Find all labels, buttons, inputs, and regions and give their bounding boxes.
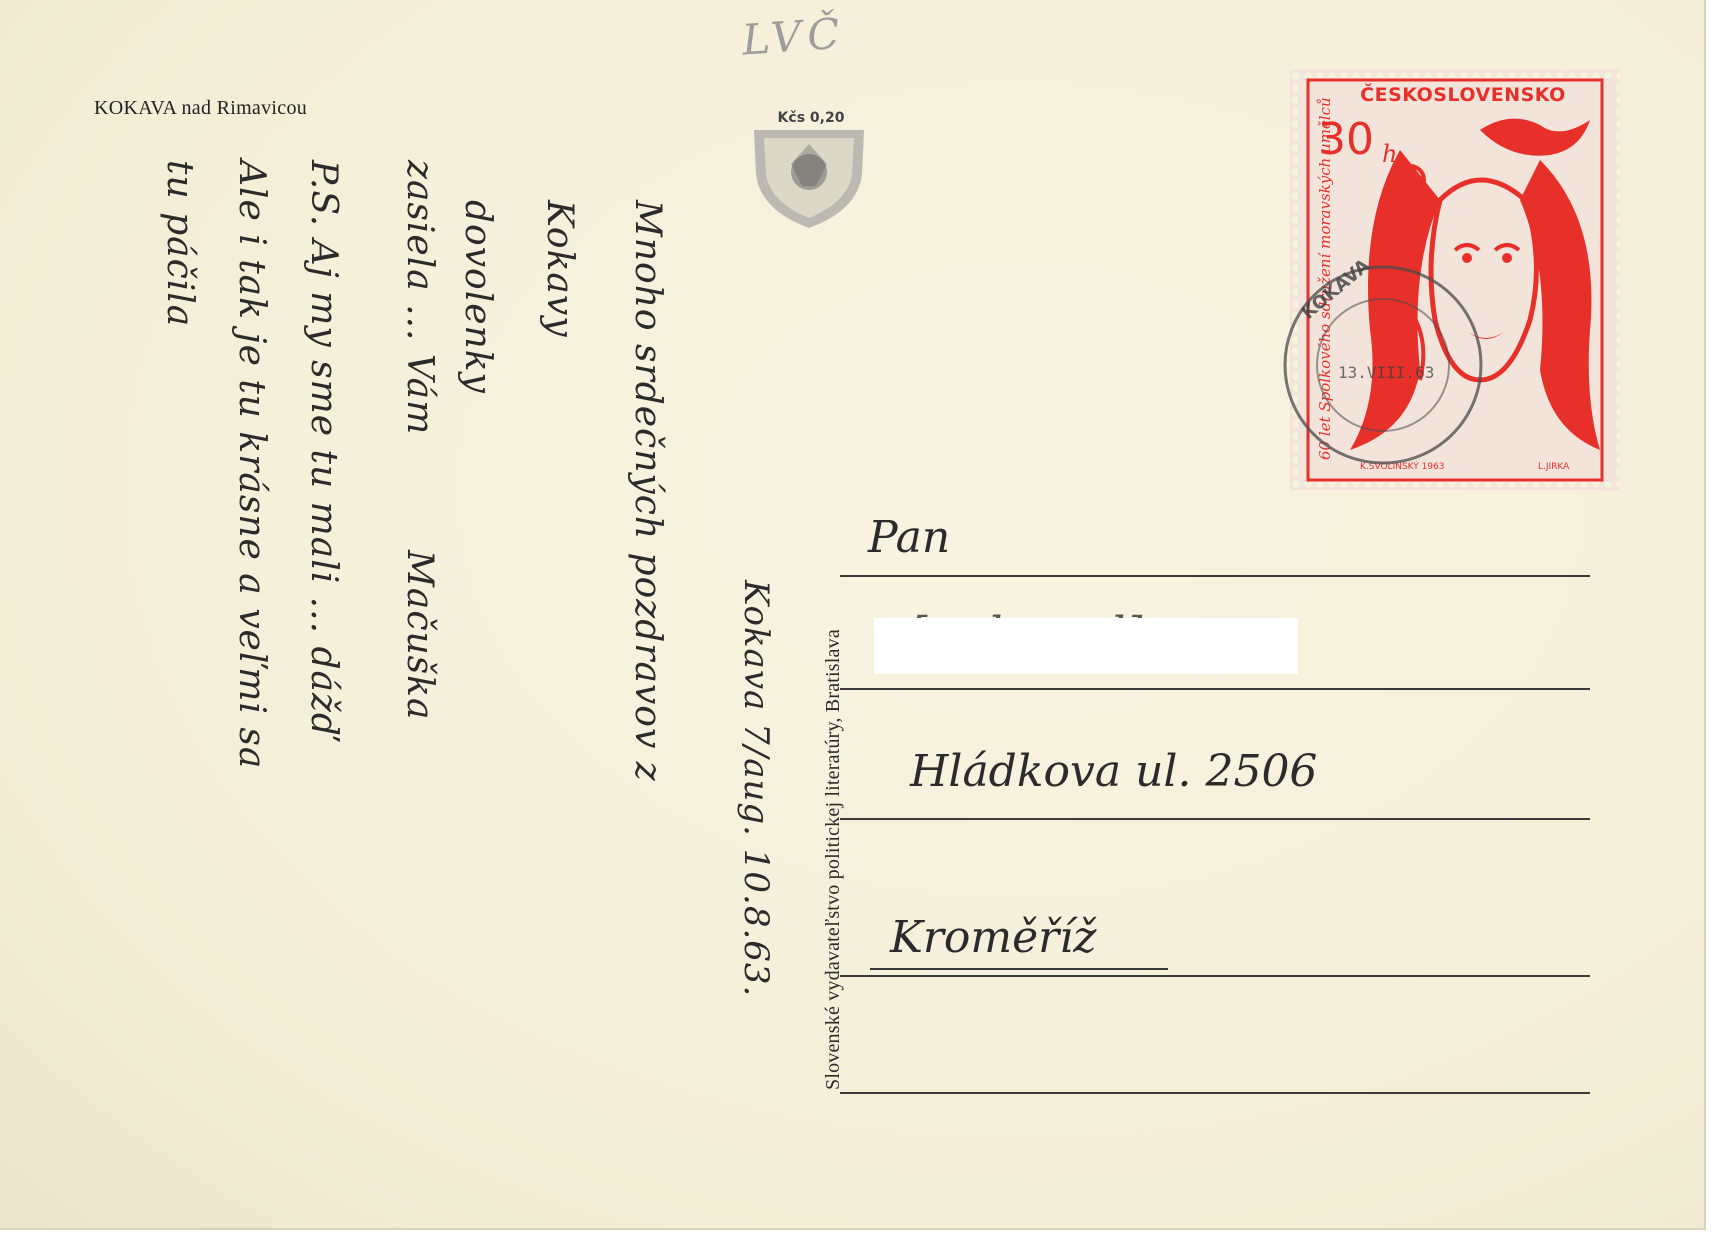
message-line-5: Mačuška bbox=[399, 550, 440, 720]
address-rule-1 bbox=[840, 575, 1590, 577]
address-line-1: Pan bbox=[868, 512, 950, 563]
message-line-7: Ale i tak je tu krásne a veľmi sa bbox=[231, 160, 272, 769]
pencil-mark: LVČ bbox=[740, 8, 847, 64]
stamp-country: ČESKOSLOVENSKO bbox=[1320, 84, 1606, 106]
stamp-engraver-credit: L.JIRKA bbox=[1538, 462, 1569, 472]
stamp-value-unit: h bbox=[1382, 140, 1397, 168]
address-redaction bbox=[874, 618, 1298, 674]
message-date-line: Kokava 7/aug. 10.8.63. bbox=[736, 580, 776, 997]
address-rule-2 bbox=[840, 688, 1590, 690]
message-line-8: tu páčila bbox=[159, 160, 200, 327]
publisher-line: Slovenské vydavateľstvo politickej liter… bbox=[822, 629, 845, 1090]
publisher-price-stamp: Kčs 0,20 bbox=[746, 110, 872, 230]
place-title: KOKAVA nad Rimavicou bbox=[94, 97, 307, 120]
message-line-4: zasiela ... Vám bbox=[399, 160, 440, 435]
address-underline bbox=[870, 968, 1168, 970]
svg-text:KOKAVA: KOKAVA bbox=[1298, 255, 1374, 324]
message-line-6: P.S. Aj my sme tu mali ... dážď bbox=[303, 160, 344, 737]
address-line-3: Hládkova ul. 2506 bbox=[910, 746, 1317, 797]
message-line-2: Kokavy bbox=[539, 200, 580, 338]
message-line-3: dovolenky bbox=[457, 200, 498, 394]
address-line-4: Kroměříž bbox=[890, 912, 1096, 963]
address-rule-3 bbox=[840, 818, 1590, 820]
address-rule-4 bbox=[840, 975, 1590, 977]
postmark-icon: KOKAVA 13.VIII.63 bbox=[1268, 250, 1498, 480]
shield-emblem-icon bbox=[746, 124, 872, 230]
postcard-back: KOKAVA nad Rimavicou LVČ Kčs 0,20 Sloven… bbox=[0, 0, 1706, 1230]
message-line-1: Mnoho srdečných pozdravov z bbox=[627, 200, 668, 782]
address-rule-5 bbox=[840, 1092, 1590, 1094]
svg-text:13.VIII.63: 13.VIII.63 bbox=[1338, 363, 1434, 382]
